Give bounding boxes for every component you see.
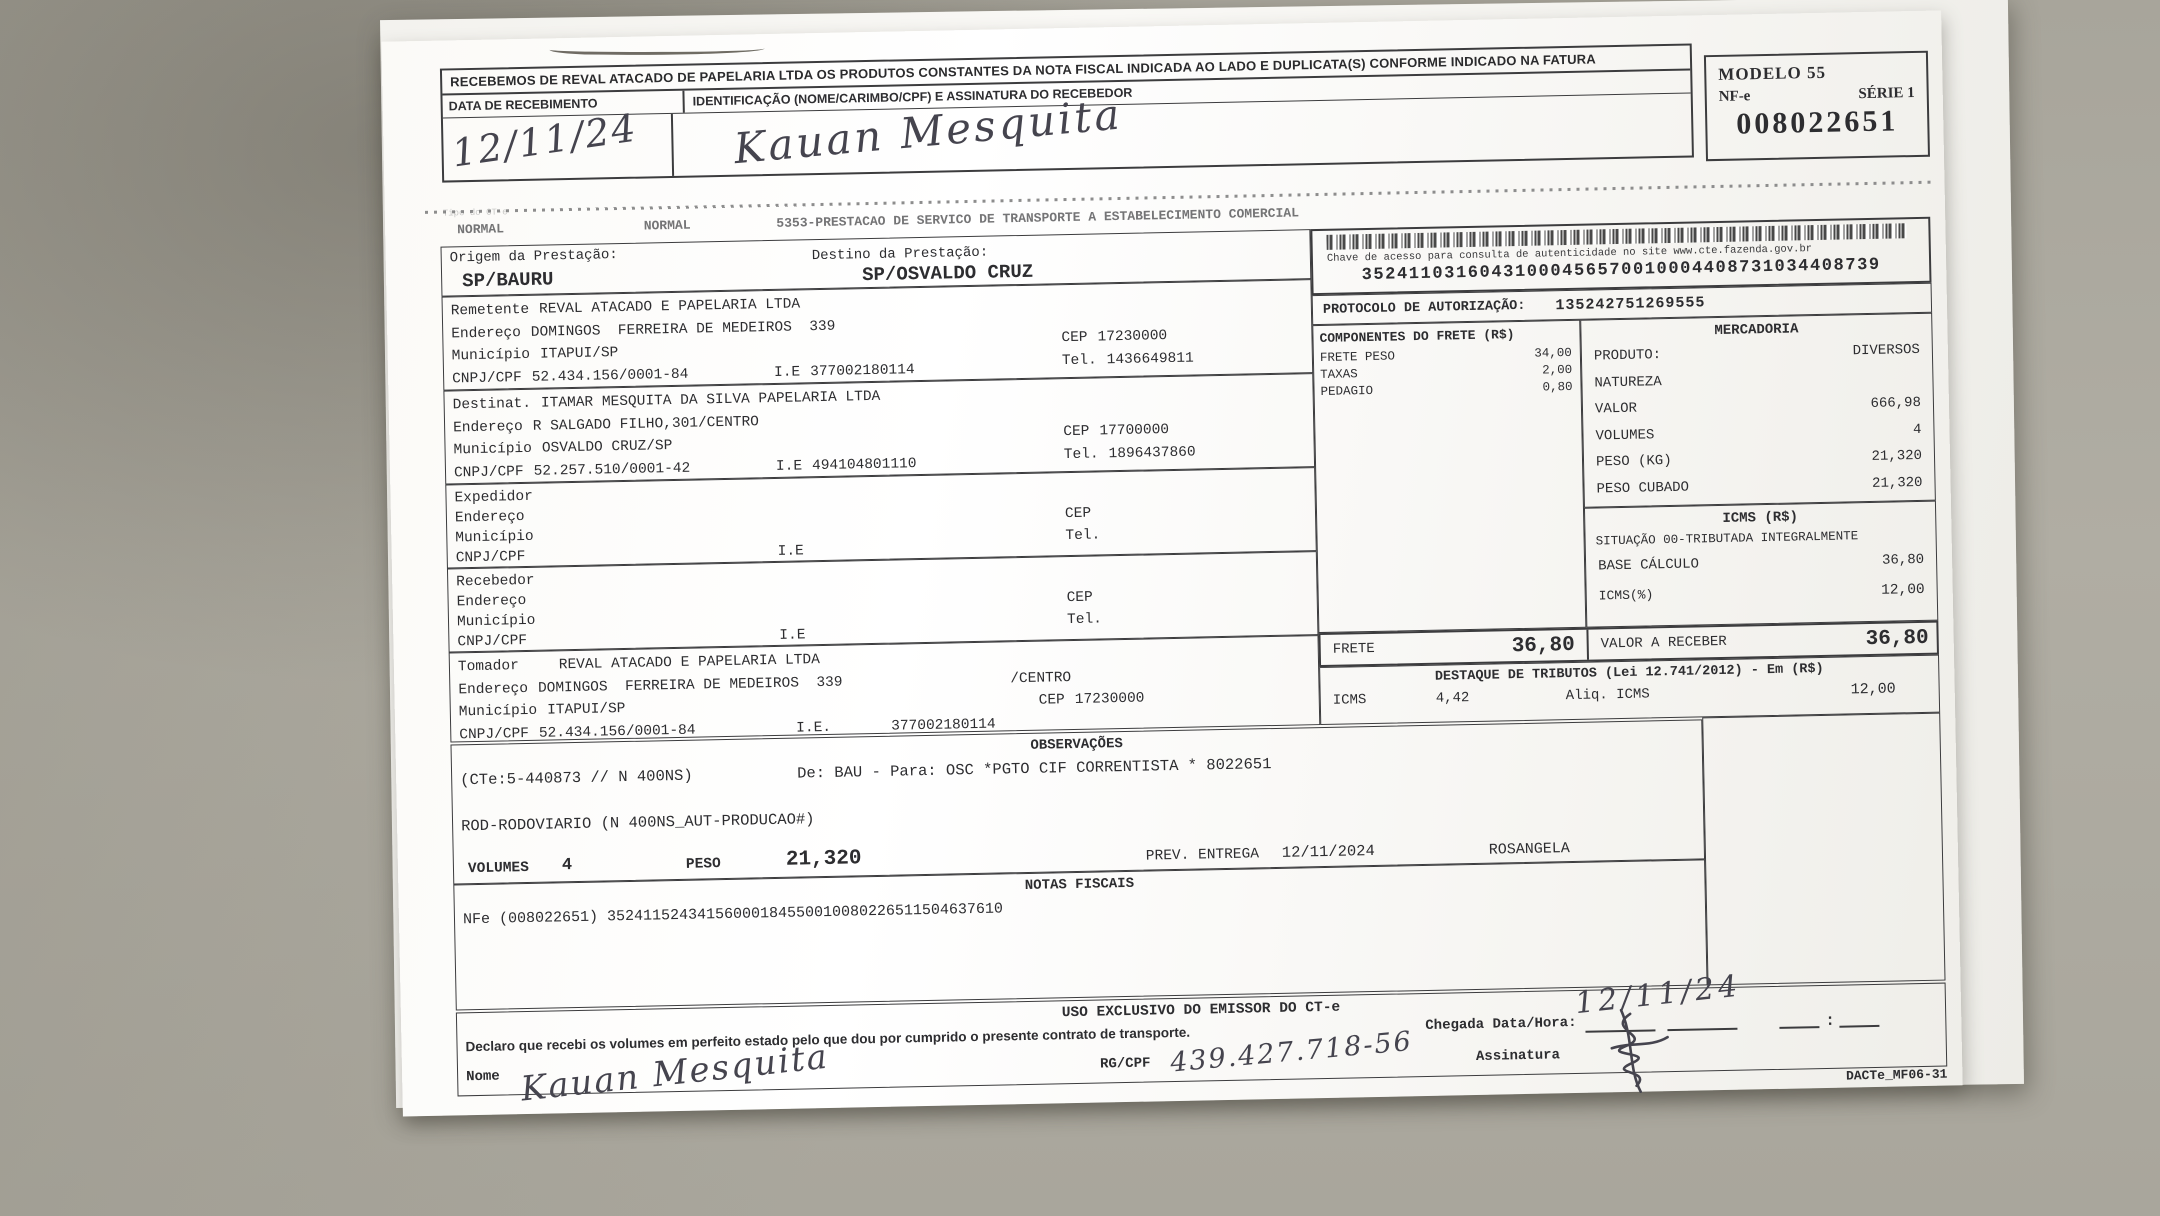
- volumes-label: VOLUMES: [1595, 422, 1654, 450]
- serie-label: SÉRIE 1: [1858, 85, 1915, 103]
- recebedor-ie-label: I.E: [779, 625, 806, 646]
- tomador-cep: 17230000: [1075, 691, 1145, 708]
- destinatario-cep-label: CEP: [1063, 424, 1089, 441]
- cte-number: 008022651: [1719, 104, 1916, 142]
- produto-label: PRODUTO:: [1594, 342, 1662, 370]
- cfop-value: 5353-PRESTACAO DE SERVICO DE TRANSPORTE …: [776, 205, 1299, 230]
- expedidor-municipio-label: Município: [455, 529, 534, 547]
- protocolo-value: 135242751269555: [1555, 294, 1705, 314]
- valor-receber-cell: VALOR A RECEBER 36,80: [1588, 623, 1941, 660]
- expedidor-tel-label: Tel.: [1065, 524, 1100, 547]
- remetente-tel-label: Tel.: [1062, 352, 1097, 369]
- componentes-frete-box: COMPONENTES DO FRETE (R$) FRETE PESO34,0…: [1312, 320, 1586, 633]
- destino-value: SP/OSVALDO CRUZ: [862, 261, 1033, 286]
- canhoto-receipt-strip: RECEBEMOS DE REVAL ATACADO DE PAPELARIA …: [440, 43, 1694, 182]
- chegada-label: Chegada Data/Hora:: [1425, 1015, 1577, 1034]
- remetente-endereco-label: Endereço: [451, 325, 521, 342]
- remetente-cep-label: CEP: [1061, 330, 1087, 347]
- destinatario-endereco-label: Endereço: [453, 419, 523, 436]
- tomador-role-label: Tomador: [458, 658, 519, 675]
- tomador-municipio: ITAPUI/SP: [547, 701, 626, 719]
- obs-volumes-label: VOLUMES: [468, 860, 529, 877]
- tomador-municipio-label: Município: [459, 703, 538, 721]
- tributos-aliq-label: Aliq. ICMS: [1566, 682, 1650, 708]
- remetente-ie-label: I.E: [774, 364, 800, 381]
- icms-box: ICMS (R$) SITUAÇÃO 00-TRIBUTADA INTEGRAL…: [1584, 501, 1938, 628]
- empty-right-cell: [1702, 713, 1945, 986]
- produto-value: DIVERSOS: [1852, 337, 1920, 365]
- valor-receber-label: VALOR A RECEBER: [1601, 634, 1727, 653]
- observacoes-box: OBSERVAÇÕES (CTe:5-440873 // N 400NS) De…: [450, 719, 1705, 884]
- remetente-endereco: DOMINGOS FERREIRA DE MEDEIROS 339: [531, 318, 836, 340]
- base-calculo-value: 36,80: [1882, 545, 1925, 576]
- tipo-cte-value: NORMAL: [457, 221, 504, 237]
- tomador-cep-label: CEP: [1039, 692, 1065, 709]
- remetente-cnpj: 52.434.156/0001-84: [532, 366, 689, 385]
- destinatario-block: Destinat.ITAMAR MESQUITA DA SILVA PAPELA…: [443, 373, 1315, 484]
- tomador-cnpj: 52.434.156/0001-84: [539, 722, 696, 741]
- destinatario-role-label: Destinat.: [453, 396, 532, 414]
- obs-modal-info: ROD-RODOVIARIO (N 400NS_AUT-PRODUCAO#): [461, 810, 815, 835]
- destinatario-cnpj-label: CNPJ/CPF: [454, 463, 524, 480]
- peso-cubado-label: PESO CUBADO: [1596, 474, 1689, 502]
- taxas-label: TAXAS: [1320, 366, 1358, 384]
- tomador-block: TomadorREVAL ATACADO E PAPELARIA LTDA En…: [449, 635, 1321, 742]
- obs-prev-value: 12/11/2024: [1282, 842, 1375, 862]
- base-calculo-label: BASE CÁLCULO: [1598, 549, 1699, 581]
- frete-total-label: FRETE: [1333, 641, 1375, 658]
- destinatario-ie: 494104801110: [812, 456, 917, 474]
- expedidor-ie-label: I.E: [777, 541, 804, 562]
- protocolo-label: PROTOCOLO DE AUTORIZAÇÃO:: [1323, 298, 1526, 317]
- modelo-label: MODELO 55: [1718, 61, 1914, 85]
- tomador-complemento: /CENTRO: [1010, 667, 1071, 691]
- remetente-municipio: ITAPUI/SP: [540, 345, 619, 363]
- destinatario-municipio: OSVALDO CRUZ/SP: [542, 438, 673, 457]
- natureza-label: NATUREZA: [1594, 369, 1662, 397]
- recebedor-endereco-label: Endereço: [456, 593, 526, 610]
- tributos-icms-label: ICMS: [1333, 688, 1367, 713]
- dacte-document: RECEBEMOS DE REVAL ATACADO DE PAPELARIA …: [381, 10, 1962, 1116]
- origem-value: SP/BAURU: [462, 268, 554, 292]
- destinatario-ie-label: I.E: [776, 458, 802, 475]
- mercadoria-box: MERCADORIA PRODUTO:DIVERSOS NATUREZA VAL…: [1580, 313, 1936, 508]
- hora-colon: :: [1825, 1012, 1835, 1030]
- remetente-cep: 17230000: [1097, 328, 1167, 345]
- form-code: DACTe_MF06-31: [1732, 1067, 1947, 1086]
- paper-edge-mark: [549, 39, 764, 56]
- recebedor-role-label: Recebedor: [456, 573, 535, 591]
- recebedor-tel-label: Tel.: [1067, 608, 1102, 631]
- frete-peso-value: 34,00: [1534, 345, 1572, 363]
- tributos-icms-value: 4,42: [1436, 686, 1470, 711]
- icms-aliq-row: ICMS(%)12,00: [1586, 575, 1937, 612]
- remetente-cnpj-label: CNPJ/CPF: [452, 370, 522, 387]
- remetente-municipio-label: Município: [452, 347, 531, 365]
- origem-label: Origem da Prestação:: [450, 247, 618, 266]
- tomador-endereco-label: Endereço: [458, 680, 528, 697]
- tomador-cnpj-label: CNPJ/CPF: [459, 725, 529, 742]
- taxas-value: 2,00: [1542, 362, 1572, 380]
- recebedor-cep-label: CEP: [1066, 586, 1101, 609]
- obs-peso-label: PESO: [686, 856, 721, 873]
- peso-cubado-value: 21,320: [1872, 469, 1923, 497]
- destinatario-tel: 1896437860: [1108, 445, 1195, 463]
- obs-volumes-value: 4: [562, 856, 573, 875]
- hora-blank-2: [1839, 1011, 1879, 1028]
- modelo-number-box: MODELO 55 NF-e SÉRIE 1 008022651: [1704, 51, 1930, 161]
- valor-value: 666,98: [1870, 390, 1921, 418]
- expedidor-role-label: Expedidor: [454, 489, 533, 507]
- tributos-aliq-value: 12,00: [1850, 678, 1895, 703]
- pedagio-value: 0,80: [1542, 379, 1572, 397]
- destinatario-cep: 17700000: [1099, 422, 1169, 439]
- frete-total-value: 36,80: [1511, 633, 1574, 657]
- destinatario-endereco: R SALGADO FILHO,301/CENTRO: [533, 414, 760, 435]
- expedidor-cep-label: CEP: [1065, 502, 1100, 525]
- recebedor-municipio-label: Município: [457, 613, 536, 631]
- remetente-block: RemetenteREVAL ATACADO E PAPELARIA LTDA …: [441, 279, 1313, 390]
- tomador-endereco: DOMINGOS FERREIRA DE MEDEIROS 339: [538, 674, 843, 696]
- barcode: [1326, 223, 1906, 250]
- pedagio-label: PEDAGIO: [1320, 383, 1373, 401]
- destinatario-cnpj: 52.257.510/0001-42: [533, 460, 690, 479]
- icms-aliq-label: ICMS(%): [1598, 580, 1653, 611]
- peso-kg-label: PESO (KG): [1596, 448, 1672, 476]
- notas-fiscais-box: NOTAS FISCAIS NFe (008022651) 3524115243…: [453, 859, 1707, 1010]
- remetente-tel: 1436649811: [1107, 351, 1194, 369]
- frete-total-cell: FRETE 36,80: [1320, 630, 1589, 665]
- chave-acesso-box: Chave de acesso para consulta de autenti…: [1310, 217, 1931, 295]
- peso-cubado-row: PESO CUBADO21,320: [1584, 469, 1934, 503]
- destinatario-tel-label: Tel.: [1064, 446, 1099, 463]
- destinatario-municipio-label: Município: [453, 441, 532, 459]
- nome-label: Nome: [466, 1069, 500, 1086]
- handwritten-rg-cpf: 439.427.718-56: [1169, 1026, 1414, 1079]
- obs-cte-ref: (CTe:5-440873 // N 400NS): [460, 767, 693, 790]
- obs-agent-name: ROSANGELA: [1489, 840, 1570, 859]
- remetente-ie: 377002180114: [810, 362, 915, 380]
- tipo-servico-value: NORMAL: [644, 218, 691, 234]
- rg-cpf-label: RG/CPF: [1100, 1056, 1151, 1073]
- date-handwritten-cell: 12/11/24: [443, 114, 674, 181]
- valor-receber-value: 36,80: [1865, 626, 1928, 650]
- doc-type-label: NF-e: [1719, 88, 1751, 106]
- remetente-name: REVAL ATACADO E PAPELARIA LTDA: [539, 296, 800, 317]
- recebedor-cnpj-label: CNPJ/CPF: [457, 633, 527, 650]
- frete-peso-label: FRETE PESO: [1320, 348, 1395, 367]
- assinatura-label: Assinatura: [1476, 1047, 1560, 1065]
- tomador-name: REVAL ATACADO E PAPELARIA LTDA: [559, 652, 820, 673]
- icms-aliq-value: 12,00: [1881, 575, 1925, 606]
- destinatario-name: ITAMAR MESQUITA DA SILVA PAPELARIA LTDA: [541, 389, 881, 412]
- valor-label: VALOR: [1595, 396, 1638, 423]
- natureza-value: [1920, 363, 1921, 389]
- peso-kg-value: 21,320: [1871, 443, 1922, 471]
- expedidor-endereco-label: Endereço: [455, 509, 525, 526]
- tipo-faint-label: Tipo do CT-e: [443, 207, 508, 218]
- obs-route-info: De: BAU - Para: OSC *PGTO CIF CORRENTIST…: [797, 755, 1272, 783]
- hora-blank-1: [1779, 1012, 1819, 1029]
- assinatura-scribble: [1575, 1007, 1687, 1095]
- remetente-role-label: Remetente: [451, 302, 530, 320]
- obs-prev-label: PREV. ENTREGA: [1146, 846, 1259, 864]
- obs-peso-value: 21,320: [786, 847, 862, 872]
- volumes-value: 4: [1913, 416, 1922, 443]
- expedidor-cnpj-label: CNPJ/CPF: [456, 549, 526, 566]
